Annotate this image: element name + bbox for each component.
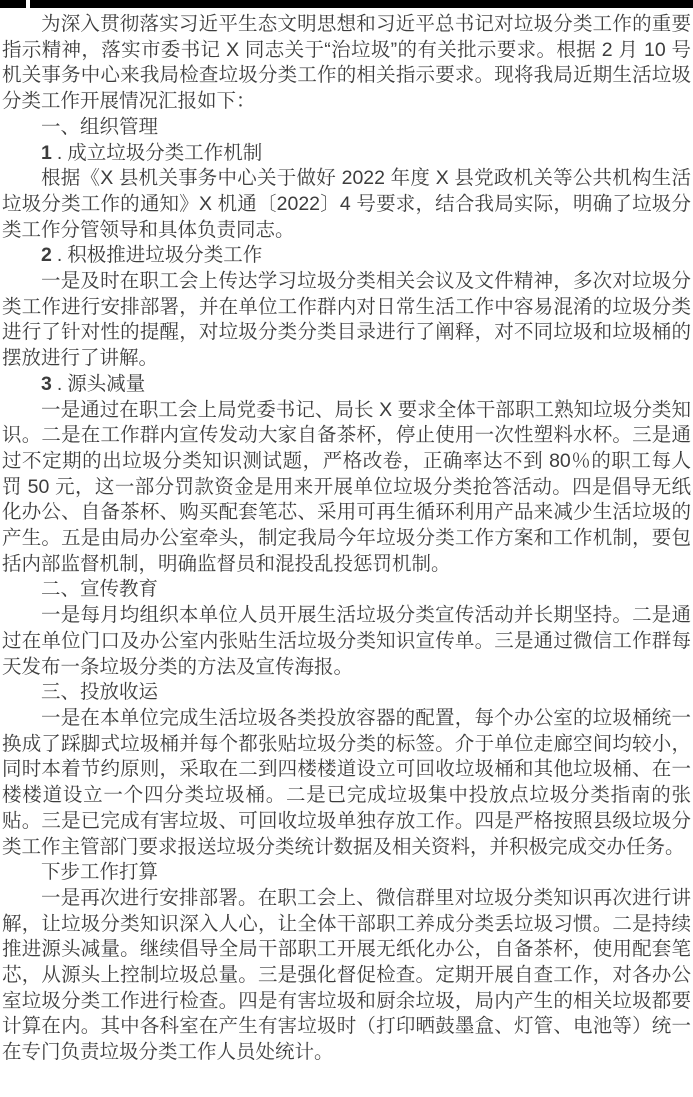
heading-number: 1: [41, 142, 52, 164]
paragraph-work-mechanism: 根据《X 县机关事务中心关于做好 2022 年度 X 县党政机关等公共机构生活垃…: [2, 166, 691, 243]
intro-paragraph: 为深入贯彻落实习近平生态文明思想和习近平总书记对垃圾分类工作的重要指示精神，落实…: [2, 12, 691, 115]
paragraph-promote-classification: 一是及时在职工会上传达学习垃圾分类相关会议及文件精神，多次对垃圾分类工作进行安排…: [2, 269, 691, 372]
subheading-promote-classification: 2.积极推进垃圾分类工作: [2, 243, 691, 269]
top-black-bar: [0, 0, 693, 8]
heading-next-steps: 下步工作打算: [2, 860, 691, 886]
heading-number: 2: [41, 244, 52, 266]
subheading-source-reduction: 3.源头减量: [2, 372, 691, 398]
heading-organization-management: 一、组织管理: [2, 115, 691, 141]
top-bar-notch: [26, 0, 30, 8]
heading-separator: .: [52, 373, 67, 395]
heading-publicity-education: 二、宣传教育: [2, 577, 691, 603]
heading-disposal-collection: 三、投放收运: [2, 680, 691, 706]
heading-separator: .: [52, 244, 67, 266]
report-document: 为深入贯彻落实习近平生态文明思想和习近平总书记对垃圾分类工作的重要指示精神，落实…: [0, 8, 693, 1074]
heading-title: 积极推进垃圾分类工作: [67, 244, 262, 266]
paragraph-next-steps: 一是再次进行安排部署。在职工会上、微信群里对垃圾分类知识再次进行讲解，让垃圾分类…: [2, 886, 691, 1066]
subheading-work-mechanism: 1.成立垃圾分类工作机制: [2, 141, 691, 167]
paragraph-source-reduction: 一是通过在职工会上局党委书记、局长 X 要求全体干部职工熟知垃圾分类知识。二是在…: [2, 398, 691, 578]
paragraph-disposal-collection: 一是在本单位完成生活垃圾各类投放容器的配置，每个办公室的垃圾桶统一换成了踩脚式垃…: [2, 706, 691, 860]
heading-title: 源头减量: [67, 373, 145, 395]
heading-number: 3: [41, 373, 52, 395]
paragraph-publicity-education: 一是每月均组织本单位人员开展生活垃圾分类宣传活动并长期坚持。二是通过在单位门口及…: [2, 603, 691, 680]
heading-title: 成立垃圾分类工作机制: [67, 142, 262, 164]
heading-separator: .: [52, 142, 67, 164]
